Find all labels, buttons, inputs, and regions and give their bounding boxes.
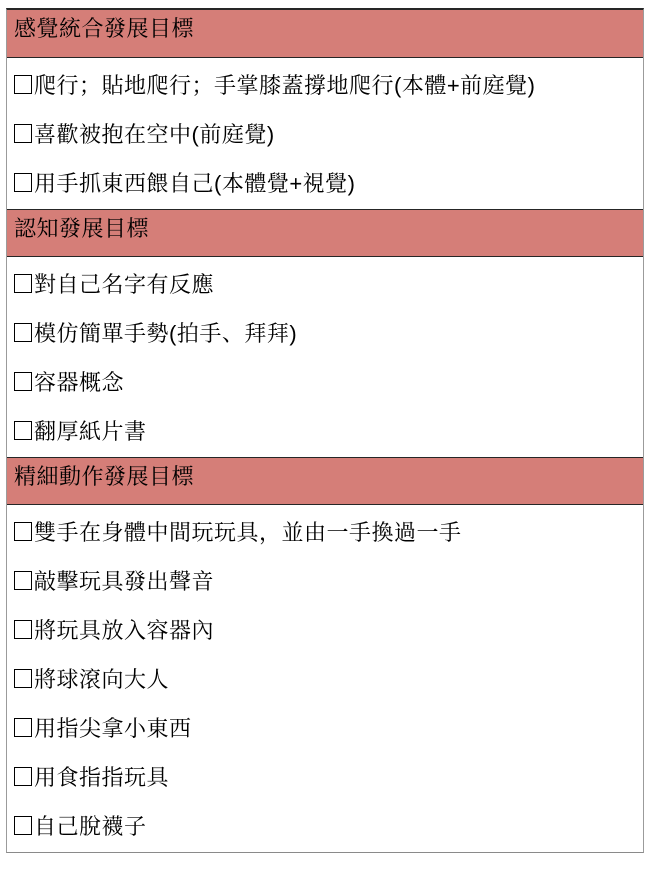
checklist-item-label: 將球滾向大人 (34, 663, 169, 694)
checkbox-icon[interactable] (14, 669, 32, 688)
checklist-item: 雙手在身體中間玩玩具，並由一手換過一手 (7, 507, 643, 556)
checklist-item-label: 翻厚紙片書 (34, 415, 147, 446)
checklist-item: 喜歡被抱在空中(前庭覺) (7, 109, 643, 158)
checkbox-icon[interactable] (14, 718, 32, 737)
checklist-item-label: 用指尖拿小東西 (34, 712, 192, 743)
development-goals-table: 感覺統合發展目標爬行；貼地爬行；手掌膝蓋撐地爬行(本體+前庭覺)喜歡被抱在空中(… (6, 8, 644, 853)
section-header-title: 認知發展目標 (7, 209, 643, 257)
checklist-item: 容器概念 (7, 357, 643, 406)
checklist-item-label: 將玩具放入容器內 (34, 614, 214, 645)
checkbox-icon[interactable] (14, 620, 32, 639)
checklist-item-label: 模仿簡單手勢(拍手、拜拜) (34, 317, 297, 348)
section-items: 爬行；貼地爬行；手掌膝蓋撐地爬行(本體+前庭覺)喜歡被抱在空中(前庭覺)用手抓東… (7, 58, 643, 209)
checklist-item-label: 對自己名字有反應 (34, 268, 214, 299)
checkbox-icon[interactable] (14, 323, 32, 342)
checklist-item: 模仿簡單手勢(拍手、拜拜) (7, 308, 643, 357)
goal-section: 精細動作發展目標雙手在身體中間玩玩具，並由一手換過一手敲擊玩具發出聲音將玩具放入… (7, 457, 643, 852)
checkbox-icon[interactable] (14, 571, 32, 590)
checkbox-icon[interactable] (14, 372, 32, 391)
goal-section: 認知發展目標對自己名字有反應模仿簡單手勢(拍手、拜拜)容器概念翻厚紙片書 (7, 209, 643, 457)
checkbox-icon[interactable] (14, 124, 32, 143)
checklist-item-label: 容器概念 (34, 366, 124, 397)
checkbox-icon[interactable] (14, 421, 32, 440)
section-items: 雙手在身體中間玩玩具，並由一手換過一手敲擊玩具發出聲音將玩具放入容器內將球滾向大… (7, 505, 643, 852)
checkbox-icon[interactable] (14, 816, 32, 835)
checklist-item: 將玩具放入容器內 (7, 605, 643, 654)
checklist-item: 敲擊玩具發出聲音 (7, 556, 643, 605)
checkbox-icon[interactable] (14, 173, 32, 192)
checklist-item-label: 雙手在身體中間玩玩具，並由一手換過一手 (34, 516, 462, 547)
section-header-title: 精細動作發展目標 (7, 457, 643, 505)
checklist-item: 將球滾向大人 (7, 654, 643, 703)
checklist-item-label: 喜歡被抱在空中(前庭覺) (34, 118, 275, 149)
checkbox-icon[interactable] (14, 75, 32, 94)
checklist-item: 用手抓東西餵自己(本體覺+視覺) (7, 158, 643, 207)
checklist-item: 自己脫襪子 (7, 801, 643, 850)
goal-section: 感覺統合發展目標爬行；貼地爬行；手掌膝蓋撐地爬行(本體+前庭覺)喜歡被抱在空中(… (7, 10, 643, 209)
section-items: 對自己名字有反應模仿簡單手勢(拍手、拜拜)容器概念翻厚紙片書 (7, 257, 643, 457)
checklist-item: 翻厚紙片書 (7, 406, 643, 455)
section-header-title: 感覺統合發展目標 (7, 10, 643, 58)
checklist-item-label: 用食指指玩具 (34, 761, 169, 792)
checklist-item: 用指尖拿小東西 (7, 703, 643, 752)
checklist-item-label: 自己脫襪子 (34, 810, 147, 841)
checklist-item-label: 用手抓東西餵自己(本體覺+視覺) (34, 167, 356, 198)
checklist-item: 爬行；貼地爬行；手掌膝蓋撐地爬行(本體+前庭覺) (7, 60, 643, 109)
checklist-item-label: 爬行；貼地爬行；手掌膝蓋撐地爬行(本體+前庭覺) (34, 69, 536, 100)
checkbox-icon[interactable] (14, 522, 32, 541)
checkbox-icon[interactable] (14, 767, 32, 786)
checkbox-icon[interactable] (14, 274, 32, 293)
checklist-item: 對自己名字有反應 (7, 259, 643, 308)
checklist-item: 用食指指玩具 (7, 752, 643, 801)
checklist-item-label: 敲擊玩具發出聲音 (34, 565, 214, 596)
